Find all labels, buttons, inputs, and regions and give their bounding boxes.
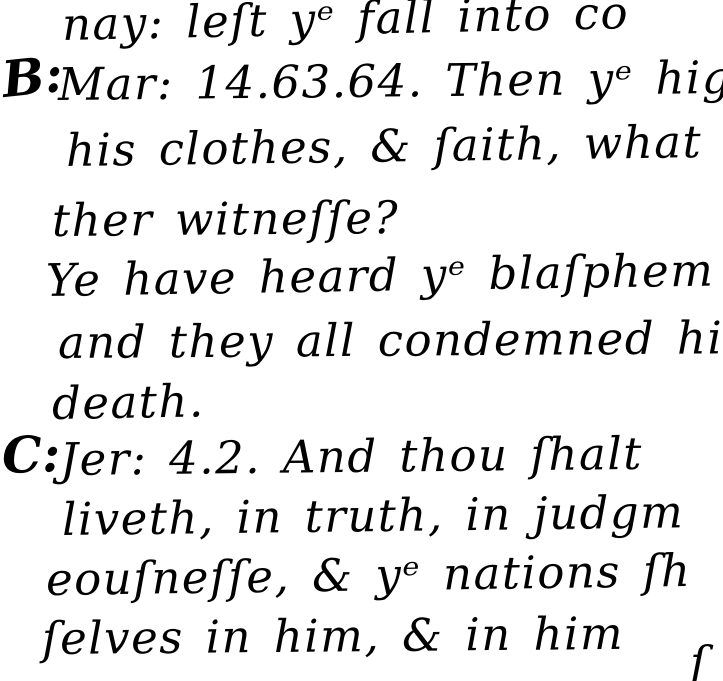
manuscript-line-3: his clothes, & ſaith, what n [66, 118, 723, 173]
manuscript-line-6: and they all condemned him [58, 315, 723, 365]
manuscript-line-1: nay: leſt yᵉ fall into co [62, 0, 630, 47]
manuscript-line-8: Jer: 4.2. And thou ſhalt [60, 431, 643, 482]
marginal-ref-b: B: [0, 49, 65, 105]
manuscript-line-11: ſelves in him, & in him [42, 611, 624, 661]
manuscript-line-7: death. [52, 378, 205, 426]
manuscript-line-10: eouſneſſe, & yᵉ nations ſh [46, 548, 692, 602]
manuscript-line-2: Mar: 14.63.64. Then yᵉ high [58, 55, 723, 107]
manuscript-line-4: ther witneſſe? [52, 195, 400, 243]
manuscript-line-9: liveth, in truth, in judgm [62, 489, 685, 542]
clipped-stroke: ſ [690, 640, 708, 681]
marginal-ref-c: C: [1, 429, 61, 481]
manuscript-line-5: Ye have heard yᵉ blaſphem [46, 248, 715, 303]
manuscript-page: nay: leſt yᵉ fall into co B: Mar: 14.63.… [0, 0, 723, 681]
